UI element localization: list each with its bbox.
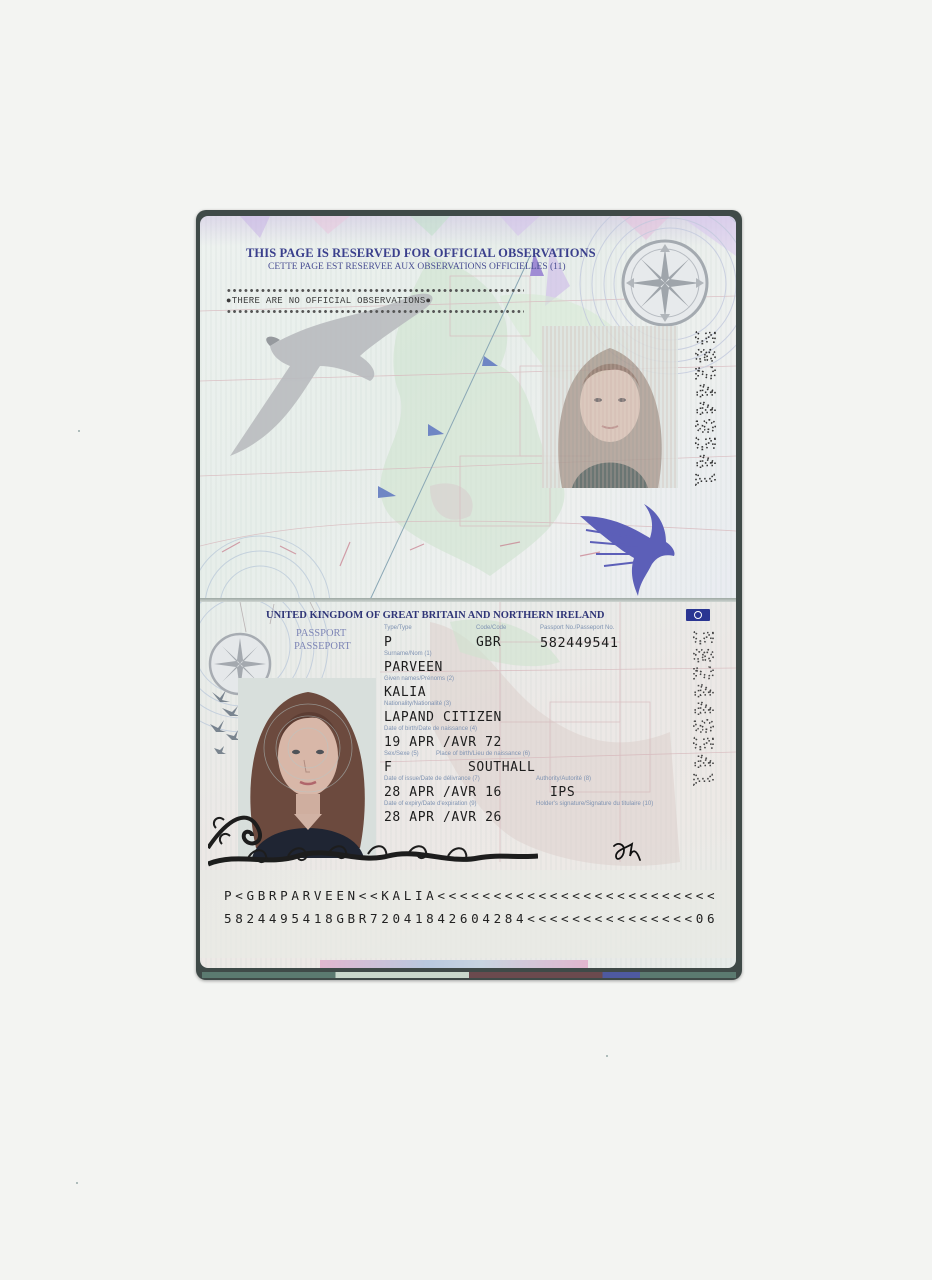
surname-value: PARVEEN <box>384 660 443 675</box>
observations-page: THIS PAGE IS RESERVED FOR OFFICIAL OBSER… <box>200 216 736 600</box>
signature-label: Holder's signature/Signature du titulair… <box>536 801 653 807</box>
dotted-rule <box>226 309 524 314</box>
perforated-passport-number: 582449541 <box>688 326 718 576</box>
type-label: Type/Type <box>384 625 412 631</box>
scan-speck <box>76 1182 78 1184</box>
chip-emblem-icon <box>686 609 710 621</box>
machine-readable-zone: P<GBRPARVEEN<<KALIA<<<<<<<<<<<<<<<<<<<<<… <box>200 870 736 958</box>
mrz-line-2: 5824495418GBR72041842604284<<<<<<<<<<<<<… <box>224 911 718 926</box>
code-value: GBR <box>476 635 501 650</box>
given-names-value: KALIA <box>384 685 426 700</box>
document-word-en: PASSPORT <box>296 628 346 639</box>
tern-illustration <box>580 504 675 596</box>
type-value: P <box>384 635 392 650</box>
observations-subtitle: CETTE PAGE EST RESERVEE AUX OBSERVATIONS… <box>268 262 566 272</box>
date-of-birth-value: 19 APR /AVR 72 <box>384 735 502 750</box>
compass-rose-emblem <box>620 238 710 328</box>
passport-no-label: Passport No./Passeport No. <box>540 625 614 631</box>
date-of-birth-label: Date of birth/Date de naissance (4) <box>384 726 477 732</box>
perforated-passport-number: 582449541 <box>686 626 716 866</box>
passport-booklet: THIS PAGE IS RESERVED FOR OFFICIAL OBSER… <box>196 210 742 980</box>
laminate-strip <box>320 960 588 968</box>
place-of-birth-label: Place of birth/Lieu de naissance (6) <box>436 751 530 757</box>
scan-speck <box>78 430 80 432</box>
dotted-rule <box>226 288 524 293</box>
svg-text:582449541: 582449541 <box>687 630 716 789</box>
ghost-portrait-image <box>542 326 678 488</box>
date-of-expiry-label: Date of expiry/Date d'expiration (9) <box>384 801 477 807</box>
observation-text: ●THERE ARE NO OFFICIAL OBSERVATIONS● <box>226 296 431 306</box>
date-of-issue-label: Date of issue/Date de délivrance (7) <box>384 776 480 782</box>
code-label: Code/Code <box>476 625 506 631</box>
date-of-expiry-value: 28 APR /AVR 26 <box>384 810 502 825</box>
given-names-label: Given names/Prénoms (2) <box>384 676 454 682</box>
holder-signature <box>610 838 646 868</box>
place-of-birth-value: SOUTHALL <box>468 760 535 775</box>
observations-title: THIS PAGE IS RESERVED FOR OFFICIAL OBSER… <box>246 246 596 261</box>
mrz-line-1: P<GBRPARVEEN<<KALIA<<<<<<<<<<<<<<<<<<<<<… <box>224 888 718 903</box>
svg-text:582449541: 582449541 <box>689 330 718 489</box>
nationality-value: LAPAND CITIZEN <box>384 710 502 725</box>
scan-speck <box>606 1055 608 1057</box>
passport-no-value: 582449541 <box>540 635 619 651</box>
date-of-issue-value: 28 APR /AVR 16 <box>384 785 502 800</box>
authority-value: IPS <box>550 785 575 800</box>
surname-label: Surname/Nom (1) <box>384 651 432 657</box>
document-word-fr: PASSEPORT <box>294 641 351 652</box>
sex-label: Sex/Sexe (5) <box>384 751 419 757</box>
cover-edge <box>202 972 736 978</box>
sex-value: F <box>384 760 392 775</box>
authority-label: Authority/Autorité (8) <box>536 776 591 782</box>
data-page: UNITED KINGDOM OF GREAT BRITAIN AND NORT… <box>200 602 736 968</box>
nationality-label: Nationality/Nationalité (3) <box>384 701 451 707</box>
issuing-country: UNITED KINGDOM OF GREAT BRITAIN AND NORT… <box>266 610 605 621</box>
